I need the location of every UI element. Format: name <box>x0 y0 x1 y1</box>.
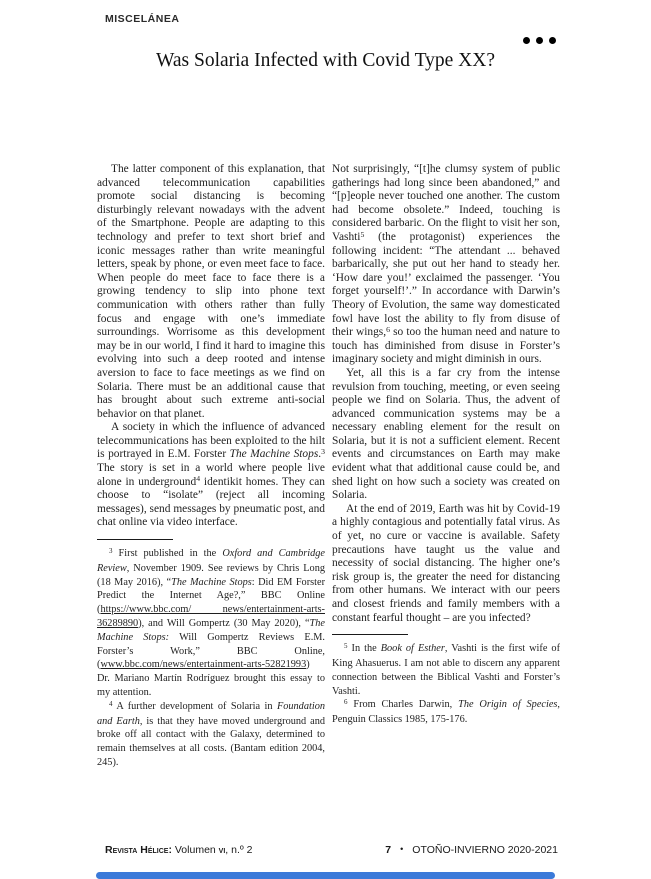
ellipsis-icon[interactable] <box>523 37 556 44</box>
dot-icon <box>536 37 543 44</box>
footnote-ref: 5 <box>344 642 348 650</box>
text-segment: The Machine Stops <box>230 448 319 460</box>
footnote: 4 A further development of Solaria in Fo… <box>97 700 325 770</box>
footnote-separator <box>97 539 173 540</box>
page-number: 7 <box>385 844 391 856</box>
body-paragraph: The latter component of this explanation… <box>97 163 325 421</box>
article-title: Was Solaria Infected with Covid Type XX? <box>0 49 651 73</box>
text-column-left: The latter component of this explanation… <box>97 163 325 849</box>
body-paragraph: A society in which the influence of adva… <box>97 421 325 530</box>
text-segment: First published in the <box>113 548 223 559</box>
footnote-ref: 3 <box>321 447 325 456</box>
text-segment: At the end of 2019, Earth was hit by Cov… <box>332 503 560 624</box>
body-paragraph: At the end of 2019, Earth was hit by Cov… <box>332 503 560 625</box>
text-segment: The Origin of Species <box>458 699 557 710</box>
footnote-ref: 5 <box>360 230 364 239</box>
text-segment: In the <box>348 643 381 654</box>
bottom-accent-bar <box>96 872 555 879</box>
page-footer: Revista Hélice: Volumen vi, n.º 2 7 • OT… <box>105 844 558 856</box>
footnote: 6 From Charles Darwin, The Origin of Spe… <box>332 698 560 727</box>
text-column-right: Not surprisingly, “[t]he clumsy system o… <box>332 163 560 849</box>
body-paragraph: Yet, all this is a far cry from the inte… <box>332 367 560 503</box>
page-number-issue: 7 • OTOÑO-INVIERNO 2020-2021 <box>385 844 558 856</box>
text-segment: Volumen <box>172 844 219 856</box>
footnote-ref: 4 <box>196 474 200 483</box>
footnote-link[interactable]: www.bbc.com/news/entertainment-arts-5282… <box>100 659 306 670</box>
document-page: MISCELÁNEA Was Solaria Infected with Cov… <box>0 0 651 879</box>
text-segment: Revista Hélice: <box>105 844 172 856</box>
footnote: 3 First published in the Oxford and Camb… <box>97 547 325 700</box>
body-paragraph: Not surprisingly, “[t]he clumsy system o… <box>332 163 560 367</box>
footnote-ref: 4 <box>109 700 113 708</box>
text-segment: (the protagonist) experiences the follow… <box>332 231 560 338</box>
footnote-ref: 6 <box>344 698 348 706</box>
issue-label: OTOÑO-INVIERNO 2020-2021 <box>412 844 558 856</box>
footnote-separator <box>332 634 408 635</box>
text-segment: The Machine Stops <box>171 577 252 588</box>
section-label: MISCELÁNEA <box>105 13 179 25</box>
dot-icon <box>549 37 556 44</box>
dot-icon <box>523 37 530 44</box>
text-segment: A further development of Solaria in <box>113 701 277 712</box>
text-segment: ), and Will Gompertz (30 May 2020), “ <box>138 618 309 629</box>
text-segment: , n.º 2 <box>225 844 252 856</box>
text-segment: Yet, all this is a far cry from the inte… <box>332 367 560 501</box>
footnote: 5 In the Book of Esther, Vashti is the f… <box>332 642 560 698</box>
text-segment: The latter component of this explanation… <box>97 163 325 420</box>
journal-volume-label: Revista Hélice: Volumen vi, n.º 2 <box>105 844 252 856</box>
footnote-ref: 3 <box>109 547 113 555</box>
text-segment: From Charles Darwin, <box>348 699 459 710</box>
text-segment: Book of Esther <box>381 643 445 654</box>
footnote-ref: 6 <box>386 325 390 334</box>
bullet-icon: • <box>400 844 403 854</box>
